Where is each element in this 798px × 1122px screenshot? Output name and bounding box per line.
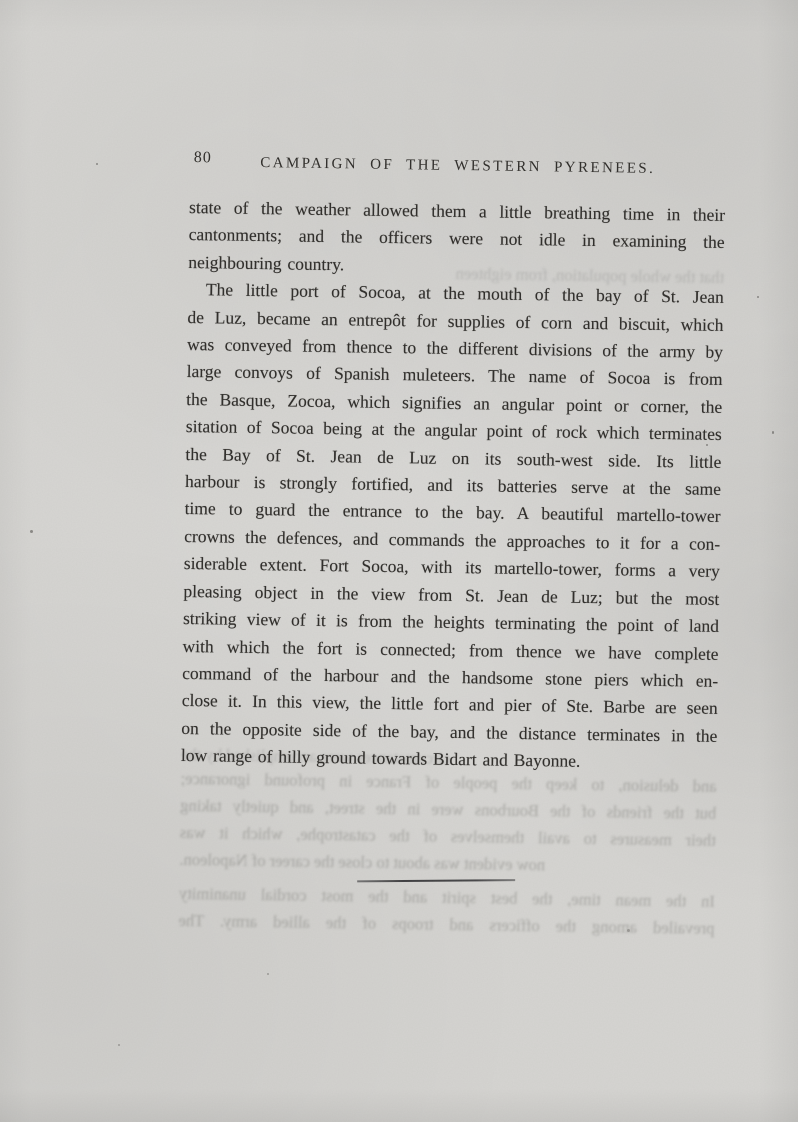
speck [30,530,33,533]
bleed-through-line: now evident was about to close the caree… [179,850,715,878]
body-text: state of the weather allowed them a litt… [181,194,725,777]
page-header: 80 CAMPAIGN OF THE WESTERN PYRENEES. [189,148,726,202]
paragraph-1: state of the weather allowed them a litt… [188,194,725,284]
speck [757,296,759,298]
speck [772,431,774,434]
bleed-through-line: prevailed among the officers and troops … [178,911,714,939]
show-through-rule [357,879,515,882]
speck [267,973,269,975]
scanned-book-page: 80 CAMPAIGN OF THE WESTERN PYRENEES. tha… [0,0,798,1122]
speck [627,929,630,932]
bleed-through-line: In the mean time, the best spirit and th… [179,884,715,912]
bleed-through-line: their measures to avail themselves of th… [180,823,716,851]
page-content: 80 CAMPAIGN OF THE WESTERN PYRENEES. tha… [181,148,726,777]
speck [706,444,708,446]
paragraph-2: The little port of Socoa, at the mouth o… [181,276,724,777]
speck [118,1044,120,1046]
page-number: 80 [194,149,212,167]
speck [96,163,98,165]
bleed-through-line: but the friends of the Bourbons were in … [180,796,716,824]
running-title: CAMPAIGN OF THE WESTERN PYRENEES. [190,148,726,179]
